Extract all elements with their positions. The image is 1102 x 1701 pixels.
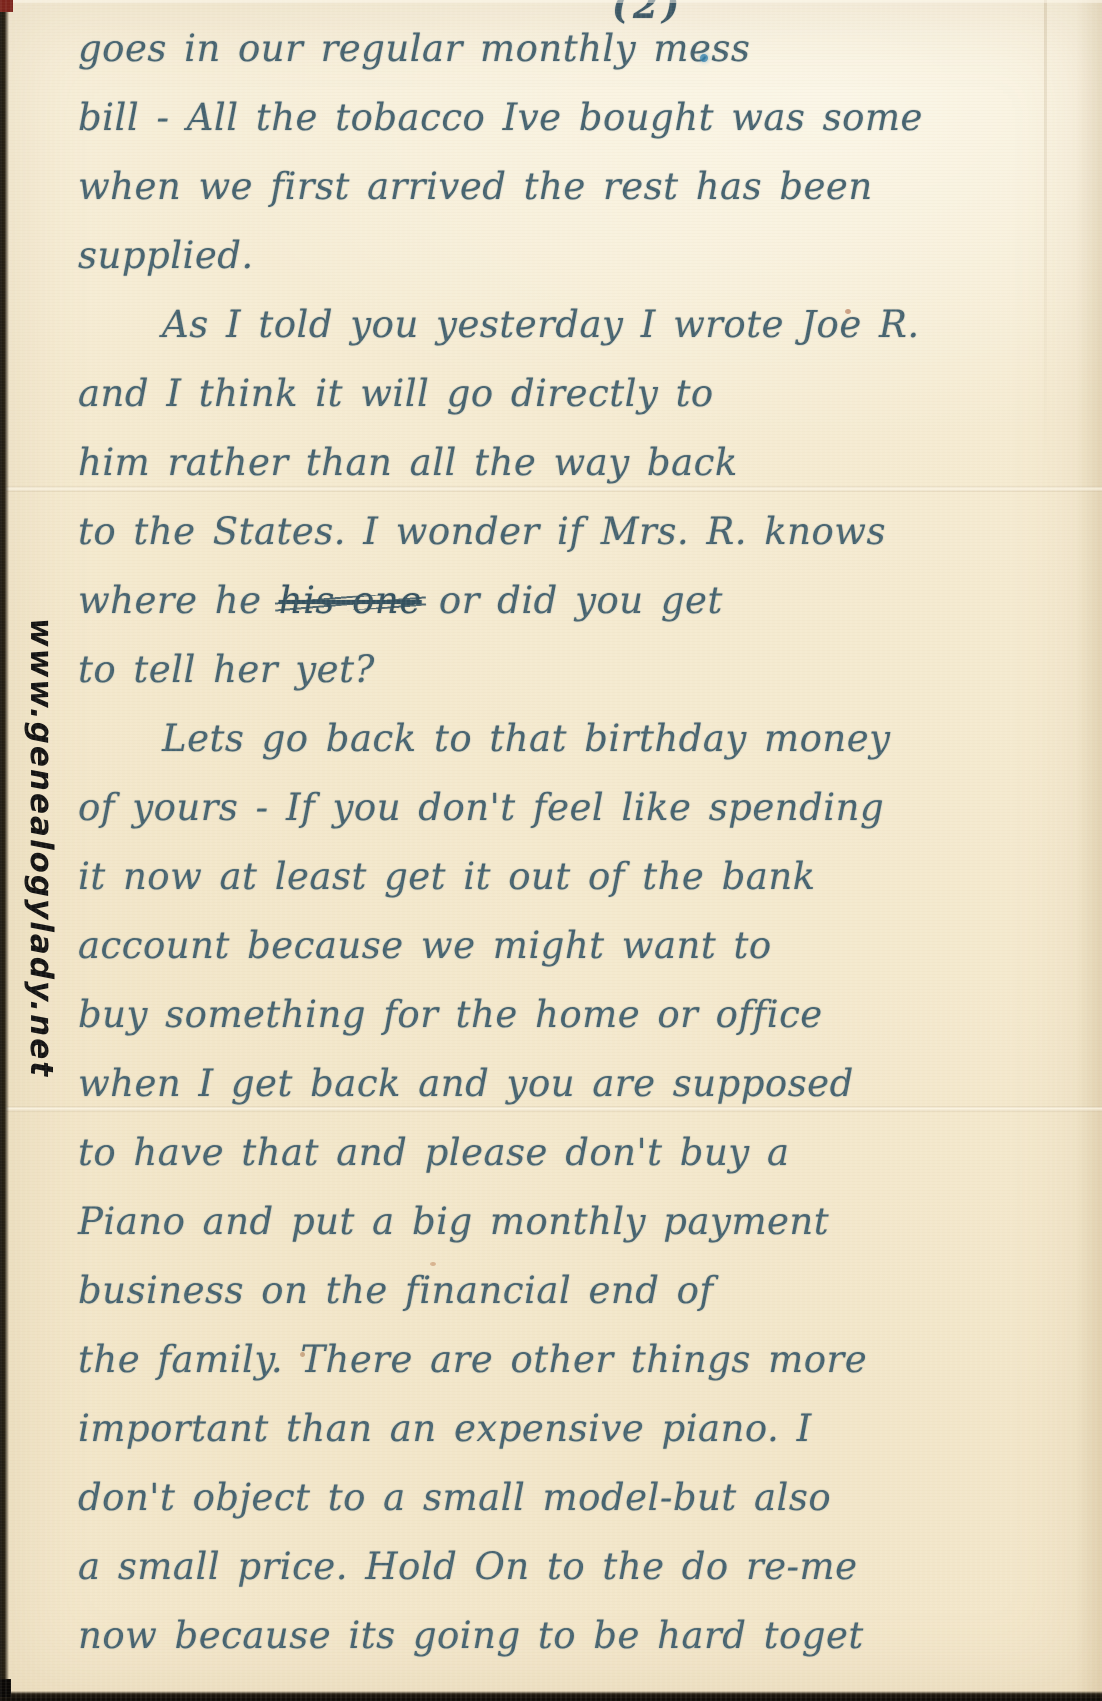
letter-line: don't object to a small model-but also bbox=[78, 1463, 1072, 1532]
corner-black-mark bbox=[0, 1679, 11, 1697]
letter-line: Piano and put a big monthly payment bbox=[78, 1187, 1072, 1256]
letter-line: when we first arrived the rest has been bbox=[78, 152, 1072, 221]
letter-line: and I think it will go directly to bbox=[78, 359, 1072, 428]
corner-red-mark bbox=[0, 0, 13, 12]
scan-edge-left bbox=[0, 0, 9, 1701]
letter-line: bill - All the tobacco Ive bought was so… bbox=[78, 83, 1072, 152]
strikethrough-text: his one bbox=[279, 579, 422, 622]
letter-line: to tell her yet? bbox=[78, 635, 1072, 704]
letter-line: the family. There are other things more bbox=[78, 1325, 1072, 1394]
scan-edge-bottom bbox=[0, 1691, 1102, 1701]
letter-body: goes in our regular monthly messbill - A… bbox=[0, 14, 1102, 1670]
letter-line: business on the financial end of bbox=[78, 1256, 1072, 1325]
letter-line: important than an expensive piano. I bbox=[78, 1394, 1072, 1463]
letter-line: where he his one or did you get bbox=[78, 566, 1072, 635]
letter-line: him rather than all the way back bbox=[78, 428, 1072, 497]
letter-line: supplied. bbox=[78, 221, 1072, 290]
letter-line: now because its going to be hard toget bbox=[78, 1601, 1072, 1670]
letter-scan-page: (2) www.genealogylady.net goes in our re… bbox=[0, 0, 1102, 1701]
scan-edge-top bbox=[0, 0, 1102, 3]
letter-line: a small price. Hold On to the do re-me bbox=[78, 1532, 1072, 1601]
letter-line: to the States. I wonder if Mrs. R. knows bbox=[78, 497, 1072, 566]
letter-line-text: or did you get bbox=[422, 579, 723, 622]
letter-line: when I get back and you are supposed bbox=[78, 1049, 1072, 1118]
letter-line: Lets go back to that birthday money bbox=[78, 704, 1072, 773]
letter-line: of yours - If you don't feel like spendi… bbox=[78, 773, 1072, 842]
letter-line: it now at least get it out of the bank bbox=[78, 842, 1072, 911]
letter-line: As I told you yesterday I wrote Joe R. bbox=[78, 290, 1072, 359]
letter-line: account because we might want to bbox=[78, 911, 1072, 980]
letter-line: goes in our regular monthly mess bbox=[78, 14, 1072, 83]
letter-line: to have that and please don't buy a bbox=[78, 1118, 1072, 1187]
letter-line-text: where he bbox=[78, 579, 279, 622]
letter-line: buy something for the home or office bbox=[78, 980, 1072, 1049]
